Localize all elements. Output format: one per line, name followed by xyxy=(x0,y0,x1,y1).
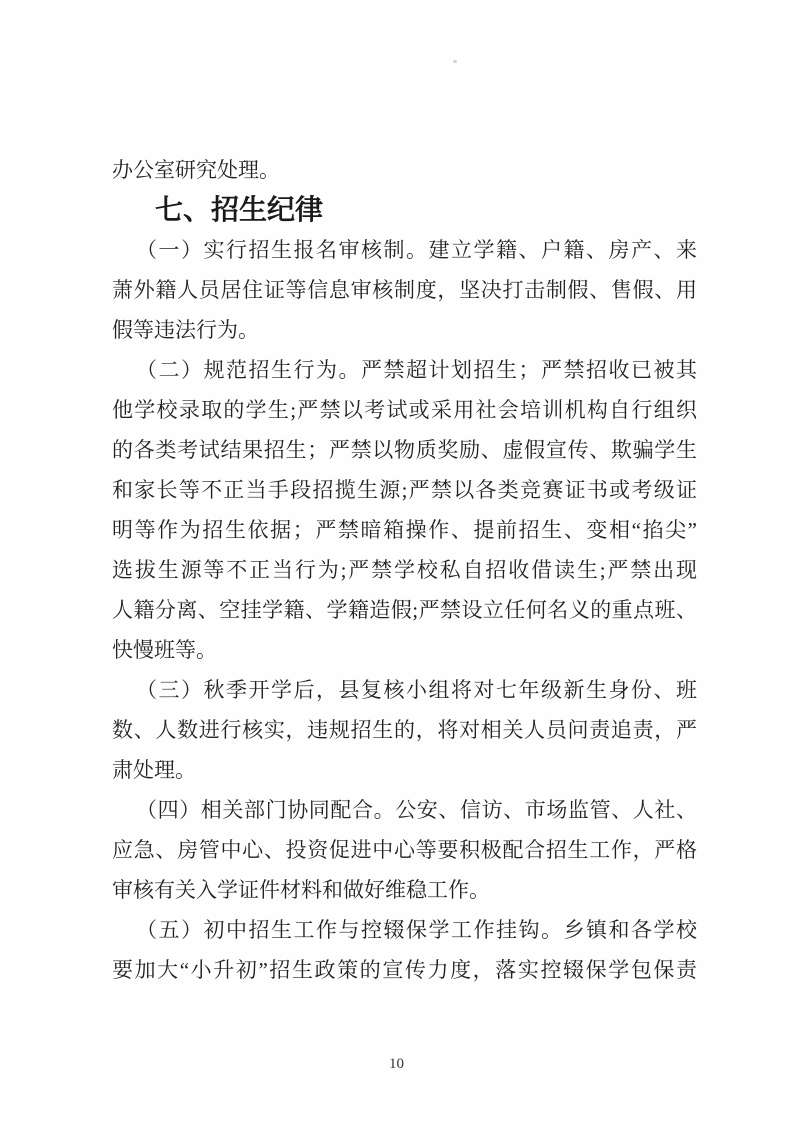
section-heading: 七、招生纪律 xyxy=(155,190,697,230)
text-line: 萧外籍人员居住证等信息审核制度，坚决打击制假、售假、用 xyxy=(112,270,697,310)
document-page: 办公室研究处理。 七、招生纪律 （一）实行招生报名审核制。建立学籍、户籍、房产、… xyxy=(0,0,793,1122)
page-number: 10 xyxy=(0,1056,793,1073)
text-line: 要加大“小升初”招生政策的宣传力度，落实控辍保学包保责 xyxy=(112,950,697,990)
text-line: 和家长等不正当手段招揽生源;严禁以各类竞赛证书或考级证 xyxy=(112,470,697,510)
text-line: （四）相关部门协同配合。公安、信访、市场监管、人社、 xyxy=(112,790,697,830)
text-line: 快慢班等。 xyxy=(112,630,697,670)
text-line: 数、人数进行核实，违规招生的，将对相关人员问责追责，严 xyxy=(112,710,697,750)
text-line: 选拔生源等不正当行为;严禁学校私自招收借读生;严禁出现 xyxy=(112,550,697,590)
text-line: （一）实行招生报名审核制。建立学籍、户籍、房产、来 xyxy=(112,230,697,270)
text-line: 人籍分离、空挂学籍、学籍造假;严禁设立任何名义的重点班、 xyxy=(112,590,697,630)
text-line: 假等违法行为。 xyxy=(112,310,697,350)
text-line: 肃处理。 xyxy=(112,750,697,790)
text-line: 应急、房管中心、投资促进中心等要积极配合招生工作，严格 xyxy=(112,830,697,870)
text-line: 的各类考试结果招生；严禁以物质奖励、虚假宣传、欺骗学生 xyxy=(112,430,697,470)
document-body: 办公室研究处理。 七、招生纪律 （一）实行招生报名审核制。建立学籍、户籍、房产、… xyxy=(112,150,697,990)
text-line: 办公室研究处理。 xyxy=(112,150,697,190)
text-line: （二）规范招生行为。严禁超计划招生；严禁招收已被其 xyxy=(112,350,697,390)
text-line: （五）初中招生工作与控辍保学工作挂钩。乡镇和各学校 xyxy=(112,910,697,950)
text-line: （三）秋季开学后，县复核小组将对七年级新生身份、班 xyxy=(112,670,697,710)
text-line: 明等作为招生依据；严禁暗箱操作、提前招生、变相“掐尖” xyxy=(112,510,697,550)
text-line: 审核有关入学证件材料和做好维稳工作。 xyxy=(112,870,697,910)
scan-artifact xyxy=(453,60,457,63)
text-line: 他学校录取的学生;严禁以考试或采用社会培训机构自行组织 xyxy=(112,390,697,430)
